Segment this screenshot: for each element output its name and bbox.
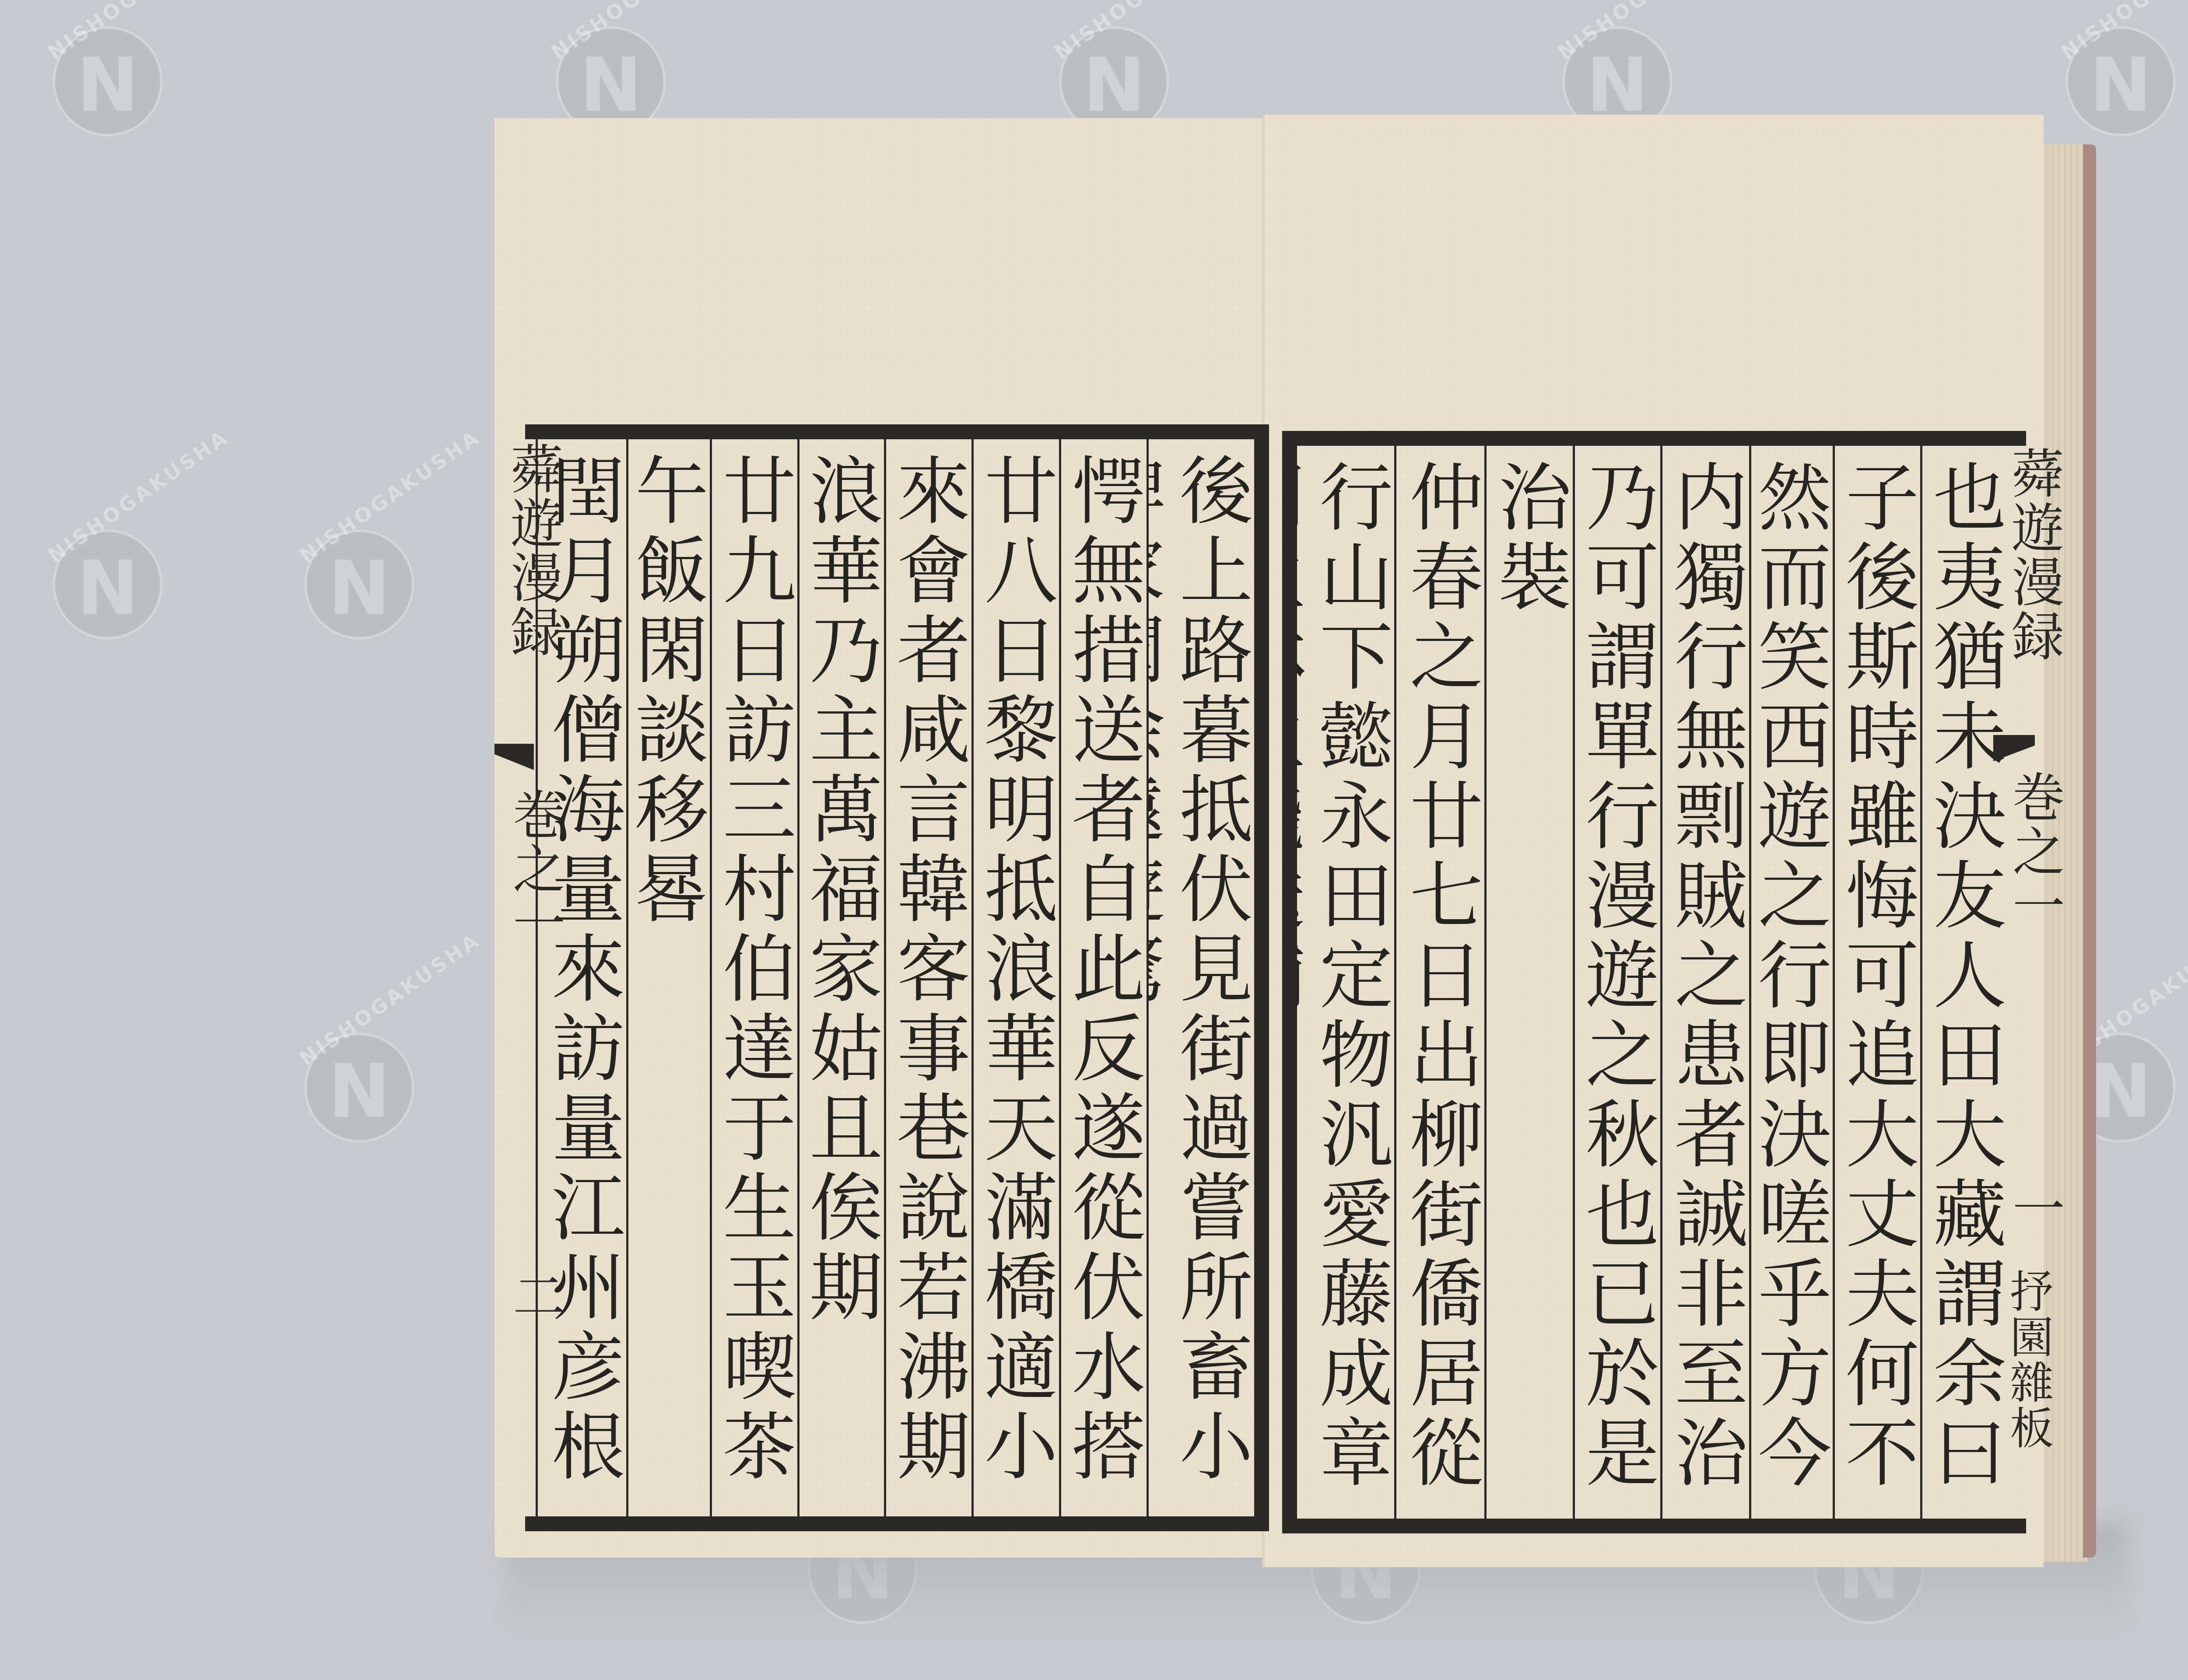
column-text: 乃可謂單行漫遊之秋也已於是恐後韓客之期遽 xyxy=(1575,459,1660,1518)
column-text: 内獨行無剽賊之患者誠非至治之澤洽浹四海乎 xyxy=(1662,459,1749,1518)
right-column-8: 行山下懿永田定物汎愛藤成章闕生林生餞送晡 xyxy=(1297,446,1394,1519)
column-text: 愕無措送者自此反遂從伏水搭夜航 xyxy=(1061,452,1147,1511)
column-text: 然而笑西遊之行即決嗟乎方今行千里不裹糧海 xyxy=(1751,459,1833,1518)
right-column-7: 仲春之月廿七日出柳街僑居從松岡祐家從茲起 xyxy=(1394,446,1484,1519)
left-column-6: 廿九日訪三村伯達于生玉喫茶果訪僧公巖僑居 xyxy=(710,439,797,1516)
right-margin-page-number: 一 xyxy=(1996,1181,2072,1242)
left-column-7: 午飯閑談移晷 xyxy=(626,439,710,1516)
right-column-2: 子後斯時雖悔可追大丈夫何不一言而決乎余輙 xyxy=(1833,446,1920,1519)
watermark-glyph-icon: N xyxy=(307,1048,412,1135)
right-page-text-frame: 也夷猶未決友人田大藏謂余曰韓客之來不常有 子後斯時雖悔可追大丈夫何不一言而決乎余… xyxy=(1282,431,2026,1533)
right-margin-footer: 抒園雜板 xyxy=(1996,1269,2059,1496)
right-column-4: 内獨行無剽賊之患者誠非至治之澤洽浹四海乎 xyxy=(1660,446,1749,1519)
watermark-glyph-icon: N xyxy=(1062,42,1167,129)
watermark-logo: NISHOGAKUSHAN xyxy=(304,1032,414,1143)
book-fore-edge xyxy=(2083,144,2096,1557)
right-column-5: 乃可謂單行漫遊之秋也已於是恐後韓客之期遽 xyxy=(1573,446,1660,1519)
watermark-glyph-icon: N xyxy=(2068,42,2173,129)
column-text: 午飯閑談移晷 xyxy=(628,452,710,1511)
column-text: 治裝 xyxy=(1487,459,1573,1518)
column-text: 浪華乃主萬福家姑且俟期 xyxy=(799,452,884,1511)
left-margin-volume: 巻之一 xyxy=(497,787,572,989)
watermark-glyph-icon: N xyxy=(307,545,412,632)
left-page-text-frame: 後上路暮抵伏見街過嘗所畜小婢家聞余遠遊驚 愕無措送者自此反遂從伏水搭夜航 廿八日… xyxy=(525,424,1269,1531)
watermark-logo: NISHOGAKUSHAN xyxy=(2065,26,2176,136)
left-column-3: 廿八日黎明抵浪華天滿橋適小島街篠山萬福家 xyxy=(971,439,1059,1516)
column-text: 來會者咸言韓客事巷說若沸期尚在遠宜須少留 xyxy=(886,452,971,1511)
right-column-6: 治裝 xyxy=(1484,446,1573,1519)
watermark-logo: NISHOGAKUSHAN xyxy=(304,529,414,640)
column-text: 後上路暮抵伏見街過嘗所畜小婢家聞余遠遊驚 xyxy=(1149,452,1254,1511)
right-column-3: 然而笑西遊之行即決嗟乎方今行千里不裹糧海 xyxy=(1749,446,1833,1519)
left-margin-page-number: 二 xyxy=(497,1269,572,1356)
left-column-4: 來會者咸言韓客事巷說若沸期尚在遠宜須少留 xyxy=(884,439,971,1516)
column-text: 仲春之月廿七日出柳街僑居從松岡祐家從茲起 xyxy=(1396,459,1484,1518)
right-margin-volume: 巻之一 xyxy=(1996,770,2072,971)
watermark-glyph-icon: N xyxy=(558,42,663,129)
column-text: 廿九日訪三村伯達于生玉喫茶果訪僧公巖僑居 xyxy=(712,452,797,1511)
left-column-2: 愕無措送者自此反遂從伏水搭夜航 xyxy=(1059,439,1147,1516)
left-column-1: 後上路暮抵伏見街過嘗所畜小婢家聞余遠遊驚 xyxy=(1147,439,1254,1516)
right-margin-title: 蕣遊漫録 xyxy=(1995,446,2071,726)
column-text: 廿八日黎明抵浪華天滿橋適小島街篠山萬福家 xyxy=(974,452,1059,1511)
left-margin-title: 蕣遊漫録 xyxy=(494,442,570,748)
watermark-glyph-icon: N xyxy=(55,42,160,129)
column-text: 也夷猶未決友人田大藏謂余曰韓客之來不常有 xyxy=(1922,459,2008,1518)
watermark-logo: NISHOGAKUSHAN xyxy=(53,529,163,640)
watermark-glyph-icon: N xyxy=(55,545,160,632)
column-text: 子後斯時雖悔可追大丈夫何不一言而決乎余輙 xyxy=(1835,459,1920,1518)
watermark-logo: NISHOGAKUSHAN xyxy=(53,26,163,136)
column-text: 行山下懿永田定物汎愛藤成章闕生林生餞送晡 xyxy=(1297,459,1394,1518)
left-column-5: 浪華乃主萬福家姑且俟期 xyxy=(797,439,884,1516)
